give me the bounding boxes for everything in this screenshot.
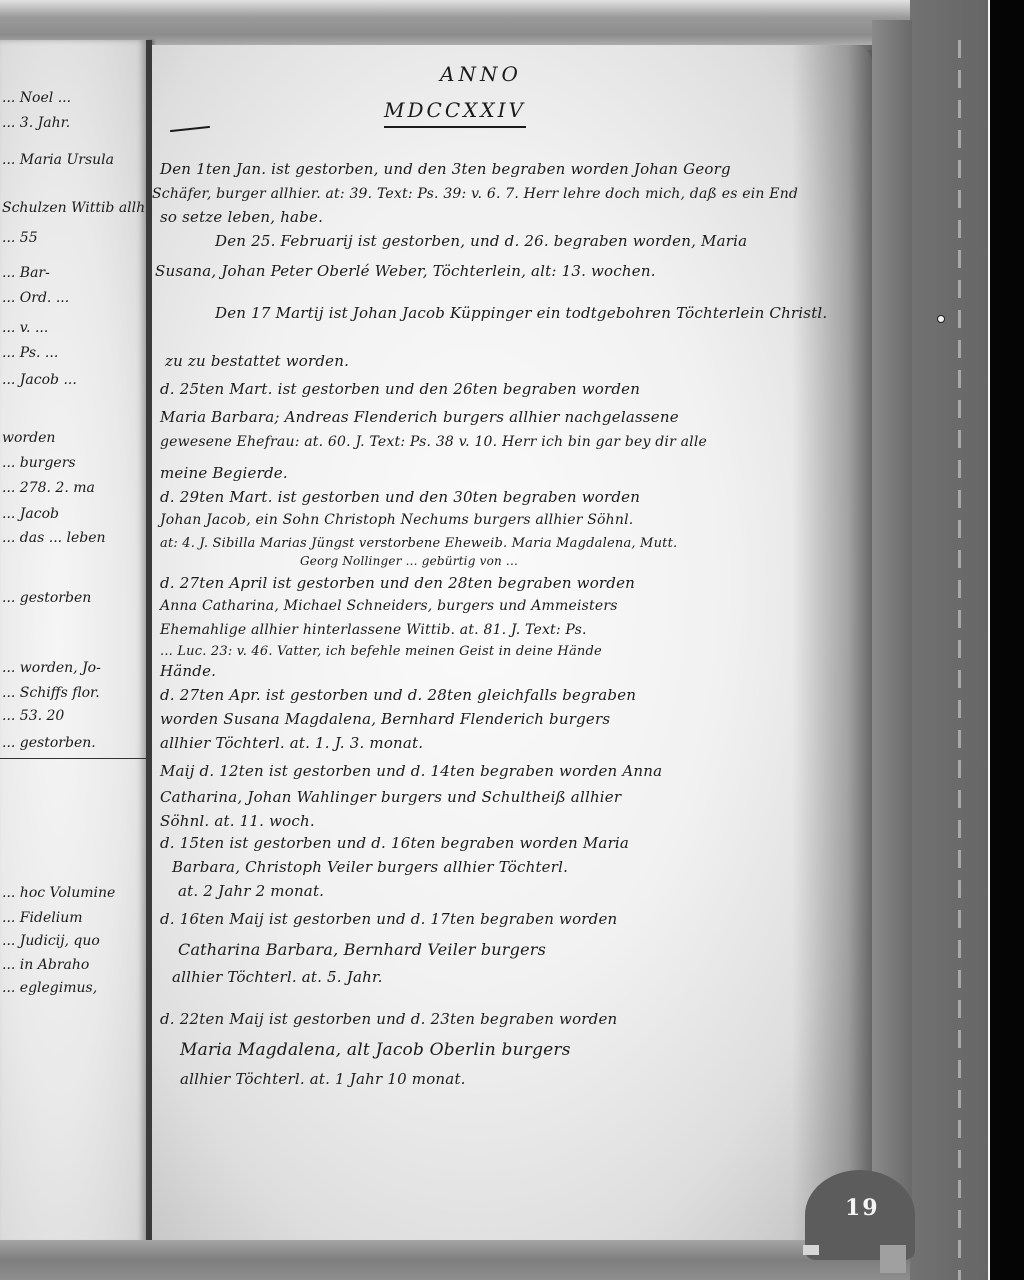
entry-9-line-2: Barbara, Christoph Veiler burgers allhie… (172, 858, 568, 876)
entry-1-line-3: so setze leben, habe. (160, 208, 323, 226)
left-line: ... gestorben. (2, 735, 96, 751)
entry-5-line-2: Johan Jacob, ein Sohn Christoph Nechums … (160, 512, 633, 528)
left-line: worden (2, 430, 55, 446)
left-line: Schulzen Wittib allhier (2, 200, 165, 216)
scan-marker-left (803, 1245, 819, 1255)
board-dashed-line (958, 40, 961, 1280)
entry-6-line-2: Anna Catharina, Michael Schneiders, burg… (160, 598, 618, 614)
entry-3-line-1: Den 17 Martij ist Johan Jacob Küppinger … (215, 304, 827, 322)
entry-5-line-4: Georg Nollinger ... gebürtig von ... (300, 554, 518, 568)
left-line: ... burgers (2, 455, 76, 471)
entry-11-line-3: allhier Töchterl. at. 1 Jahr 10 monat. (180, 1070, 466, 1088)
entry-6-line-5: Hände. (160, 662, 216, 680)
entry-8-line-2: Catharina, Johan Wahlinger burgers und S… (160, 788, 621, 806)
entry-9-line-1: d. 15ten ist gestorben und d. 16ten begr… (160, 834, 629, 852)
left-line: ... eglegimus, (2, 980, 97, 996)
left-line: ... Maria Ursula (2, 152, 114, 168)
left-line: ... Schiffs flor. (2, 685, 100, 701)
entry-4-line-1: d. 25ten Mart. ist gestorben und den 26t… (160, 380, 640, 398)
heading-year: MDCCXXIV (384, 98, 526, 128)
entry-6-line-3: Ehemahlige allhier hinterlassene Wittib.… (160, 622, 587, 638)
left-line: ... hoc Volumine (2, 885, 115, 901)
entry-6-line-1: d. 27ten April ist gestorben und den 28t… (160, 574, 635, 592)
entry-3-line-2: zu zu bestattet worden. (165, 352, 349, 370)
left-line: ... Jacob (2, 506, 59, 522)
left-line: ... Ps. ... (2, 345, 58, 361)
entry-1-line-1: Den 1ten Jan. ist gestorben, und den 3te… (160, 160, 731, 178)
entry-5-line-1: d. 29ten Mart. ist gestorben und den 30t… (160, 488, 640, 506)
left-line: ... 53. 20 (2, 708, 64, 724)
entry-8-line-1: Maij d. 12ten ist gestorben und d. 14ten… (160, 762, 662, 780)
entry-10-line-1: d. 16ten Maij ist gestorben und d. 17ten… (160, 910, 617, 928)
left-line: ... worden, Jo- (2, 660, 101, 676)
left-line: ... das ... leben (2, 530, 106, 546)
right-edge-black-strip (990, 0, 1024, 1280)
entry-6-line-4: ... Luc. 23: v. 46. Vatter, ich befehle … (160, 644, 602, 659)
entry-11-line-1: d. 22ten Maij ist gestorben und d. 23ten… (160, 1010, 617, 1028)
entry-4-line-4: meine Begierde. (160, 464, 288, 482)
left-line: ... Ord. ... (2, 290, 69, 306)
page-right-edge-shadow (872, 20, 912, 1240)
left-line: ... gestorben (2, 590, 91, 606)
left-line: ... 278. 2. ma (2, 480, 95, 496)
entry-7-line-3: allhier Töchterl. at. 1. J. 3. monat. (160, 734, 423, 752)
left-line: ... Fidelium (2, 910, 83, 926)
entry-4-line-2: Maria Barbara; Andreas Flenderich burger… (160, 408, 679, 426)
page-number: 19 (845, 1195, 880, 1221)
left-line: ... Judicij, quo (2, 933, 100, 949)
scanned-document: ... Noel ... ... 3. Jahr. ... Maria Ursu… (0, 0, 1024, 1280)
entry-8-line-3: Söhnl. at. 11. woch. (160, 812, 315, 830)
left-line: ... Noel ... (2, 90, 71, 106)
dust-speck (937, 315, 945, 323)
scanner-board (910, 0, 990, 1280)
left-line: ... 3. Jahr. (2, 115, 70, 131)
heading-anno: ANNO (440, 62, 522, 86)
scan-marker-right (880, 1245, 906, 1273)
left-page-rule (0, 758, 146, 759)
entry-7-line-1: d. 27ten Apr. ist gestorben und d. 28ten… (160, 686, 636, 704)
left-page-fragment: ... Noel ... ... 3. Jahr. ... Maria Ursu… (0, 40, 146, 1245)
left-line: ... v. ... (2, 320, 48, 336)
left-line: ... Bar- (2, 265, 50, 281)
entry-1-line-2: Schäfer, burger allhier. at: 39. Text: P… (152, 186, 798, 202)
entry-10-line-3: allhier Töchterl. at. 5. Jahr. (172, 968, 383, 986)
entry-4-line-3: gewesene Ehefrau: at. 60. J. Text: Ps. 3… (160, 434, 707, 450)
entry-2-line-2: Susana, Johan Peter Oberlé Weber, Töchte… (155, 262, 656, 280)
left-line: ... 55 (2, 230, 38, 246)
entry-11-line-2: Maria Magdalena, alt Jacob Oberlin burge… (180, 1040, 571, 1060)
entry-7-line-2: worden Susana Magdalena, Bernhard Flende… (160, 710, 610, 728)
entry-9-line-3: at. 2 Jahr 2 monat. (178, 882, 324, 900)
left-line: ... Jacob ... (2, 372, 77, 388)
left-line: ... in Abraho (2, 957, 89, 973)
entry-10-line-2: Catharina Barbara, Bernhard Veiler burge… (178, 940, 546, 959)
entry-5-line-3: at: 4. J. Sibilla Marias Jüngst verstorb… (160, 536, 677, 551)
entry-2-line-1: Den 25. Februarij ist gestorben, und d. … (215, 232, 747, 250)
bottom-shadow-band (0, 1240, 910, 1280)
